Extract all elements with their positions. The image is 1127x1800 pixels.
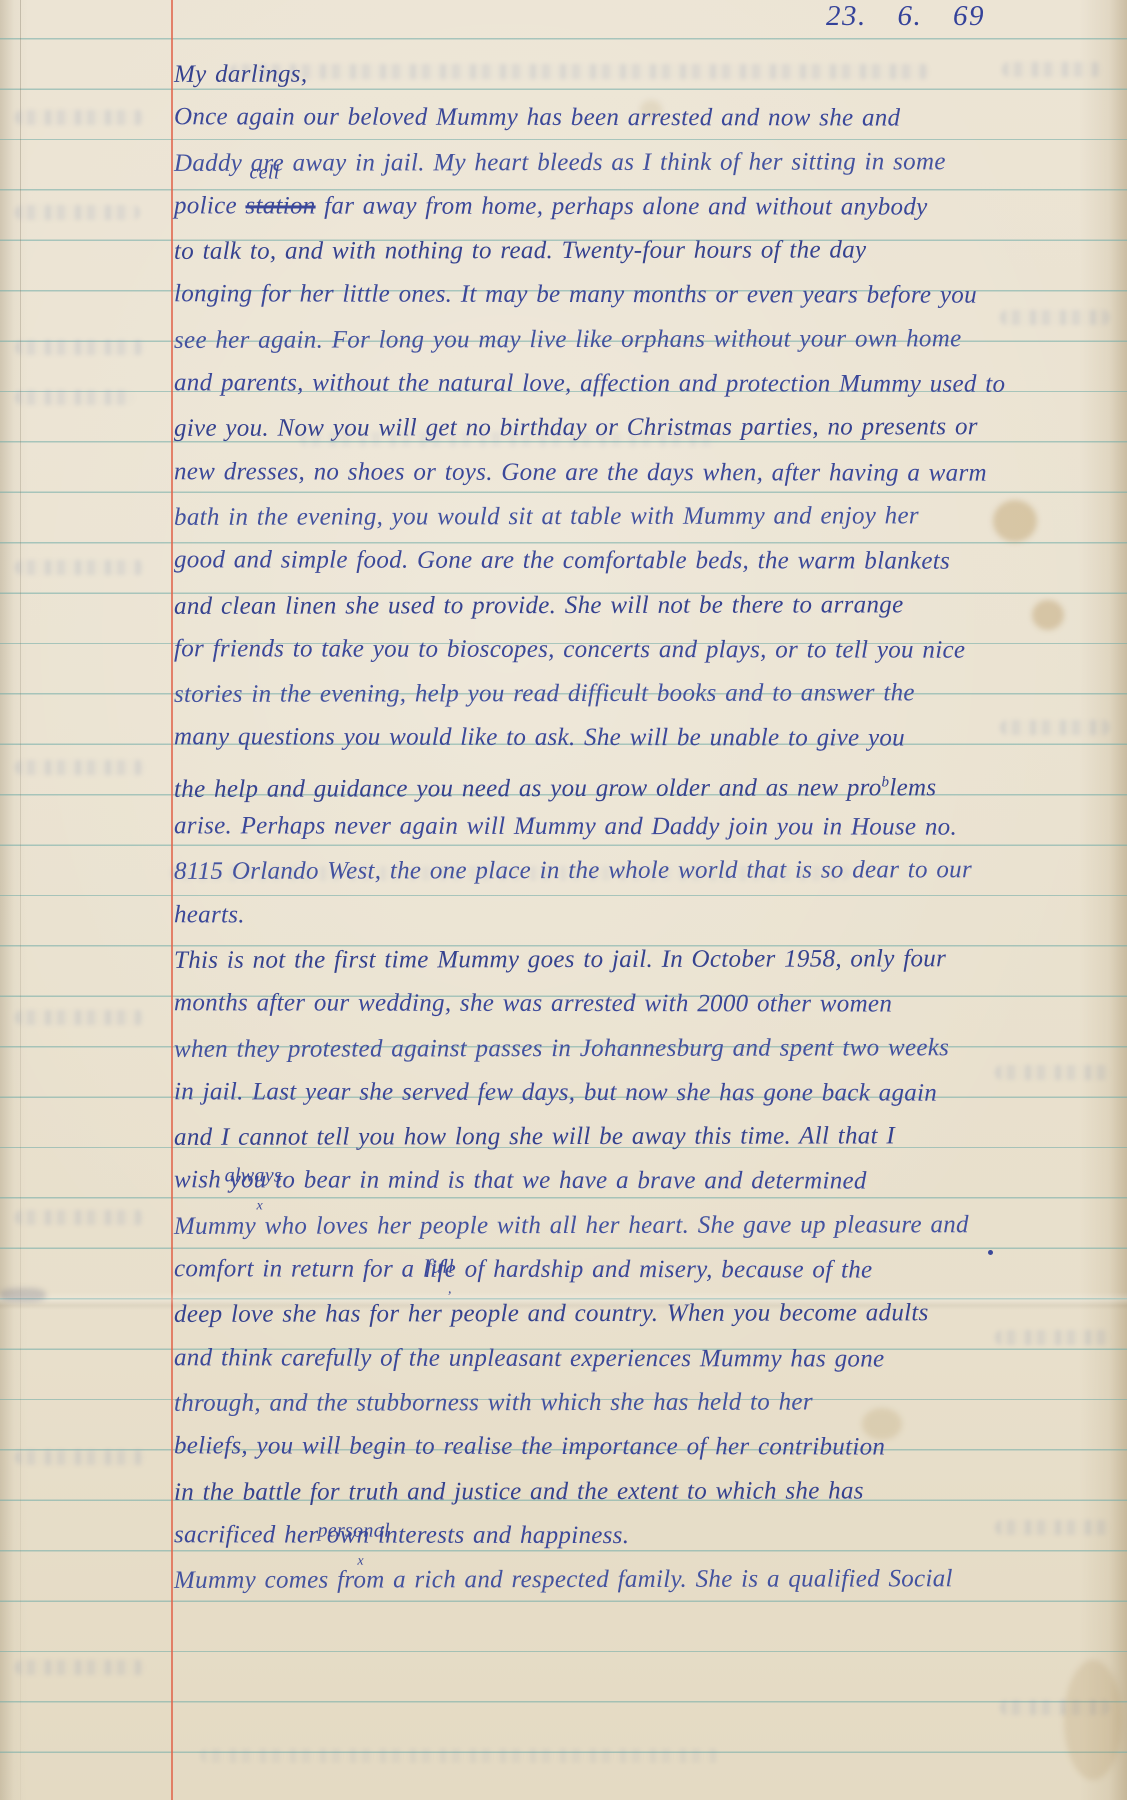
letter-line: arise. Perhaps never again will Mummy an… xyxy=(174,804,1005,850)
line-text: police xyxy=(174,192,245,219)
letter-line: the help and guidance you need as you gr… xyxy=(174,760,1005,806)
letter-line: Mummy comes from a rich and respected fa… xyxy=(174,1557,1005,1603)
letter-line: see her again. For long you may live lik… xyxy=(174,317,1005,363)
letter-line: new dresses, no shoes or toys. Gone are … xyxy=(174,450,1005,496)
bleed-through-text xyxy=(15,1660,145,1675)
letter-line: sacrificed her ownpersonalx interests an… xyxy=(174,1513,1005,1559)
letter-line: give you. Now you will get no birthday o… xyxy=(174,406,1005,452)
bleed-through-text xyxy=(15,560,145,575)
bleed-through-text xyxy=(15,110,145,125)
bleed-through-text xyxy=(200,1748,720,1763)
letter-line: when they protested against passes in Jo… xyxy=(174,1026,1005,1072)
letter-line: months after our wedding, she was arrest… xyxy=(174,982,1005,1028)
ink-smudge xyxy=(0,1288,46,1302)
line-text: interests and happiness. xyxy=(369,1521,629,1548)
letter-line: and think carefully of the unpleasant ex… xyxy=(174,1336,1005,1382)
letter-line: for friends to take you to bioscopes, co… xyxy=(174,627,1005,673)
bleed-through-text xyxy=(1002,62,1102,77)
letter-line: hearts. xyxy=(174,893,1005,939)
bleed-through-text xyxy=(15,1450,145,1465)
letter-line: through, and the stubborness with which … xyxy=(174,1380,1005,1426)
letter-line: police cellstation far away from home, p… xyxy=(174,184,1005,230)
line-text: comfort in return for a life xyxy=(174,1255,456,1282)
line-text: of hardship and misery, because of the xyxy=(456,1256,872,1284)
line-text: lems xyxy=(889,774,936,801)
paper-stain xyxy=(1032,600,1064,630)
letter-line: bath in the evening, you would sit at ta… xyxy=(174,494,1005,540)
struck-word: station xyxy=(245,192,315,219)
letter-line: This is not the first time Mummy goes to… xyxy=(174,937,1005,983)
inserted-word: always xyxy=(225,1166,282,1186)
bleed-through-text xyxy=(15,340,145,355)
bleed-through-text xyxy=(995,1065,1110,1080)
salutation: My darlings, xyxy=(174,51,1005,97)
letter-line: 8115 Orlando West, the one place in the … xyxy=(174,848,1005,894)
bleed-through-text xyxy=(995,1330,1110,1345)
letter-body: My darlings, Once again our beloved Mumm… xyxy=(174,52,1005,1602)
line-text: the help and guidance you need as you gr… xyxy=(174,774,882,802)
bleed-through-text xyxy=(1000,310,1110,325)
bleed-through-text xyxy=(15,1010,145,1025)
correction: cellstation xyxy=(245,184,315,228)
letter-line: deep love she has for her people and cou… xyxy=(174,1291,1005,1337)
letter-line: and clean linen she used to provide. She… xyxy=(174,583,1005,629)
letter-line: wish youalwaysx to bear in mind is that … xyxy=(174,1159,1005,1205)
letter-line: Mummy who loves her people with all her … xyxy=(174,1203,1005,1249)
paper-stain xyxy=(1064,1660,1122,1780)
letter-date: 23. 6. 69 xyxy=(826,0,985,33)
page-edge xyxy=(20,0,21,1800)
letter-line: good and simple food. Gone are the comfo… xyxy=(174,539,1005,585)
margin-line xyxy=(171,0,173,1800)
letter-line: many questions you would like to ask. Sh… xyxy=(174,716,1005,762)
bleed-through-text xyxy=(1000,720,1110,735)
bleed-through-text xyxy=(995,1520,1110,1535)
letter-line: stories in the evening, help you read di… xyxy=(174,671,1005,717)
letter-line: beliefs, you will begin to realise the i… xyxy=(174,1424,1005,1470)
bleed-through-text xyxy=(15,1210,145,1225)
line-text: far away from home, perhaps alone and wi… xyxy=(316,192,928,220)
inserted-word: personal xyxy=(317,1520,389,1540)
letter-line: Once again our beloved Mummy has been ar… xyxy=(174,96,1005,142)
letter-line: comfort in return for a lifefull, of har… xyxy=(174,1247,1005,1293)
inserted-word: cell xyxy=(249,162,279,182)
letter-page: 23. 6. 69 My darlings, Once again our be… xyxy=(0,0,1127,1800)
inserted-word: full xyxy=(426,1257,454,1277)
letter-line: and I cannot tell you how long she will … xyxy=(174,1114,1005,1160)
bleed-through-text xyxy=(15,205,140,220)
letter-line: and parents, without the natural love, a… xyxy=(174,361,1005,407)
bleed-through-text xyxy=(15,390,135,405)
letter-line: in jail. Last year she served few days, … xyxy=(174,1070,1005,1116)
letter-line: in the battle for truth and justice and … xyxy=(174,1469,1005,1515)
line-text: to bear in mind is that we have a brave … xyxy=(267,1167,867,1195)
bleed-through-text xyxy=(15,760,145,775)
letter-line: longing for her little ones. It may be m… xyxy=(174,273,1005,319)
letter-line: Daddy are away in jail. My heart bleeds … xyxy=(174,140,1005,186)
letter-line: to talk to, and with nothing to read. Tw… xyxy=(174,228,1005,274)
